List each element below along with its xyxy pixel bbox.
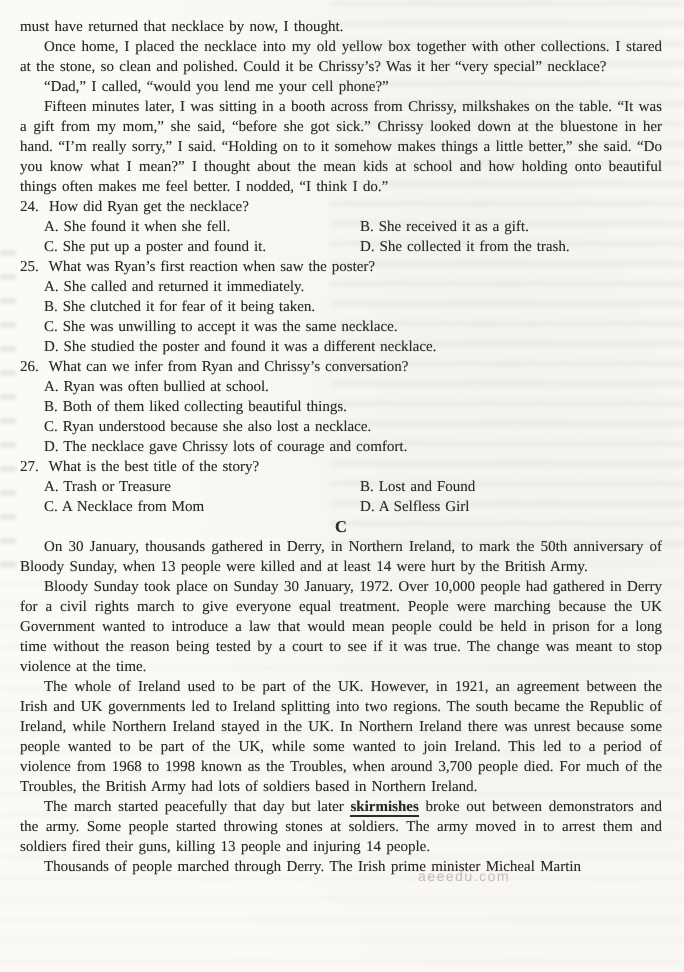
- question-text: What is the best title of the story?: [44, 459, 259, 475]
- options-list: A. Ryan was often bullied at school.B. B…: [44, 377, 662, 457]
- question-number: 25.: [20, 257, 44, 277]
- options-list: A. She called and returned it immediatel…: [44, 277, 662, 357]
- option-B: B. Both of them liked collecting beautif…: [44, 397, 662, 417]
- section-c-heading: C: [20, 517, 662, 537]
- question-number: 27.: [20, 457, 44, 477]
- page-bleedthrough-left-margin: [0, 250, 16, 580]
- option-A: A. She found it when she fell.: [44, 217, 360, 237]
- option-A: A. Ryan was often bullied at school.: [44, 377, 662, 397]
- scanned-exam-page: must have returned that necklace by now,…: [0, 0, 684, 972]
- option-A: A. Trash or Treasure: [44, 477, 360, 497]
- vocabulary-word-skirmishes: skirmishes: [350, 799, 418, 817]
- passage-paragraph: Bloody Sunday took place on Sunday 30 Ja…: [20, 577, 662, 677]
- question-25: 25. What was Ryan’s first reaction when …: [20, 257, 662, 357]
- option-B: B. Lost and Found: [360, 477, 662, 497]
- question-text: How did Ryan get the necklace?: [44, 199, 249, 215]
- question-text: What was Ryan’s first reaction when saw …: [44, 259, 375, 275]
- options-list: A. Trash or TreasureB. Lost and FoundC. …: [44, 477, 662, 517]
- question-27: 27. What is the best title of the story?…: [20, 457, 662, 517]
- story-continuation-line: must have returned that necklace by now,…: [20, 17, 662, 37]
- story-paragraph: Once home, I placed the necklace into my…: [20, 37, 662, 77]
- option-C: C. Ryan understood because she also lost…: [44, 417, 662, 437]
- passage-paragraph: Thousands of people marched through Derr…: [20, 857, 662, 877]
- option-B: B. She received it as a gift.: [360, 217, 662, 237]
- options-list: A. She found it when she fell.B. She rec…: [44, 217, 662, 257]
- passage-paragraph: The march started peacefully that day bu…: [20, 797, 662, 857]
- story-section: must have returned that necklace by now,…: [20, 17, 662, 197]
- passage-paragraph: On 30 January, thousands gathered in Der…: [20, 537, 662, 577]
- question-number: 24.: [20, 197, 44, 217]
- passage-text: The march started peacefully that day bu…: [44, 799, 350, 815]
- option-C: C. A Necklace from Mom: [44, 497, 360, 517]
- question-stem: 26. What can we infer from Ryan and Chri…: [20, 357, 662, 377]
- option-D: D. A Selfless Girl: [360, 497, 662, 517]
- questions-section: 24. How did Ryan get the necklace?A. She…: [20, 197, 662, 517]
- option-C: C. She put up a poster and found it.: [44, 237, 360, 257]
- option-D: D. She collected it from the trash.: [360, 237, 662, 257]
- story-paragraph: Fifteen minutes later, I was sitting in …: [20, 97, 662, 197]
- question-stem: 27. What is the best title of the story?: [20, 457, 662, 477]
- question-text: What can we infer from Ryan and Chrissy’…: [44, 359, 408, 375]
- question-number: 26.: [20, 357, 44, 377]
- passage-c-section: On 30 January, thousands gathered in Der…: [20, 537, 662, 877]
- option-C: C. She was unwilling to accept it was th…: [44, 317, 662, 337]
- option-D: D. The necklace gave Chrissy lots of cou…: [44, 437, 662, 457]
- option-A: A. She called and returned it immediatel…: [44, 277, 662, 297]
- passage-paragraph: The whole of Ireland used to be part of …: [20, 677, 662, 797]
- question-26: 26. What can we infer from Ryan and Chri…: [20, 357, 662, 457]
- question-stem: 24. How did Ryan get the necklace?: [20, 197, 662, 217]
- question-stem: 25. What was Ryan’s first reaction when …: [20, 257, 662, 277]
- question-24: 24. How did Ryan get the necklace?A. She…: [20, 197, 662, 257]
- story-paragraph: “Dad,” I called, “would you lend me your…: [20, 77, 662, 97]
- option-B: B. She clutched it for fear of it being …: [44, 297, 662, 317]
- option-D: D. She studied the poster and found it w…: [44, 337, 662, 357]
